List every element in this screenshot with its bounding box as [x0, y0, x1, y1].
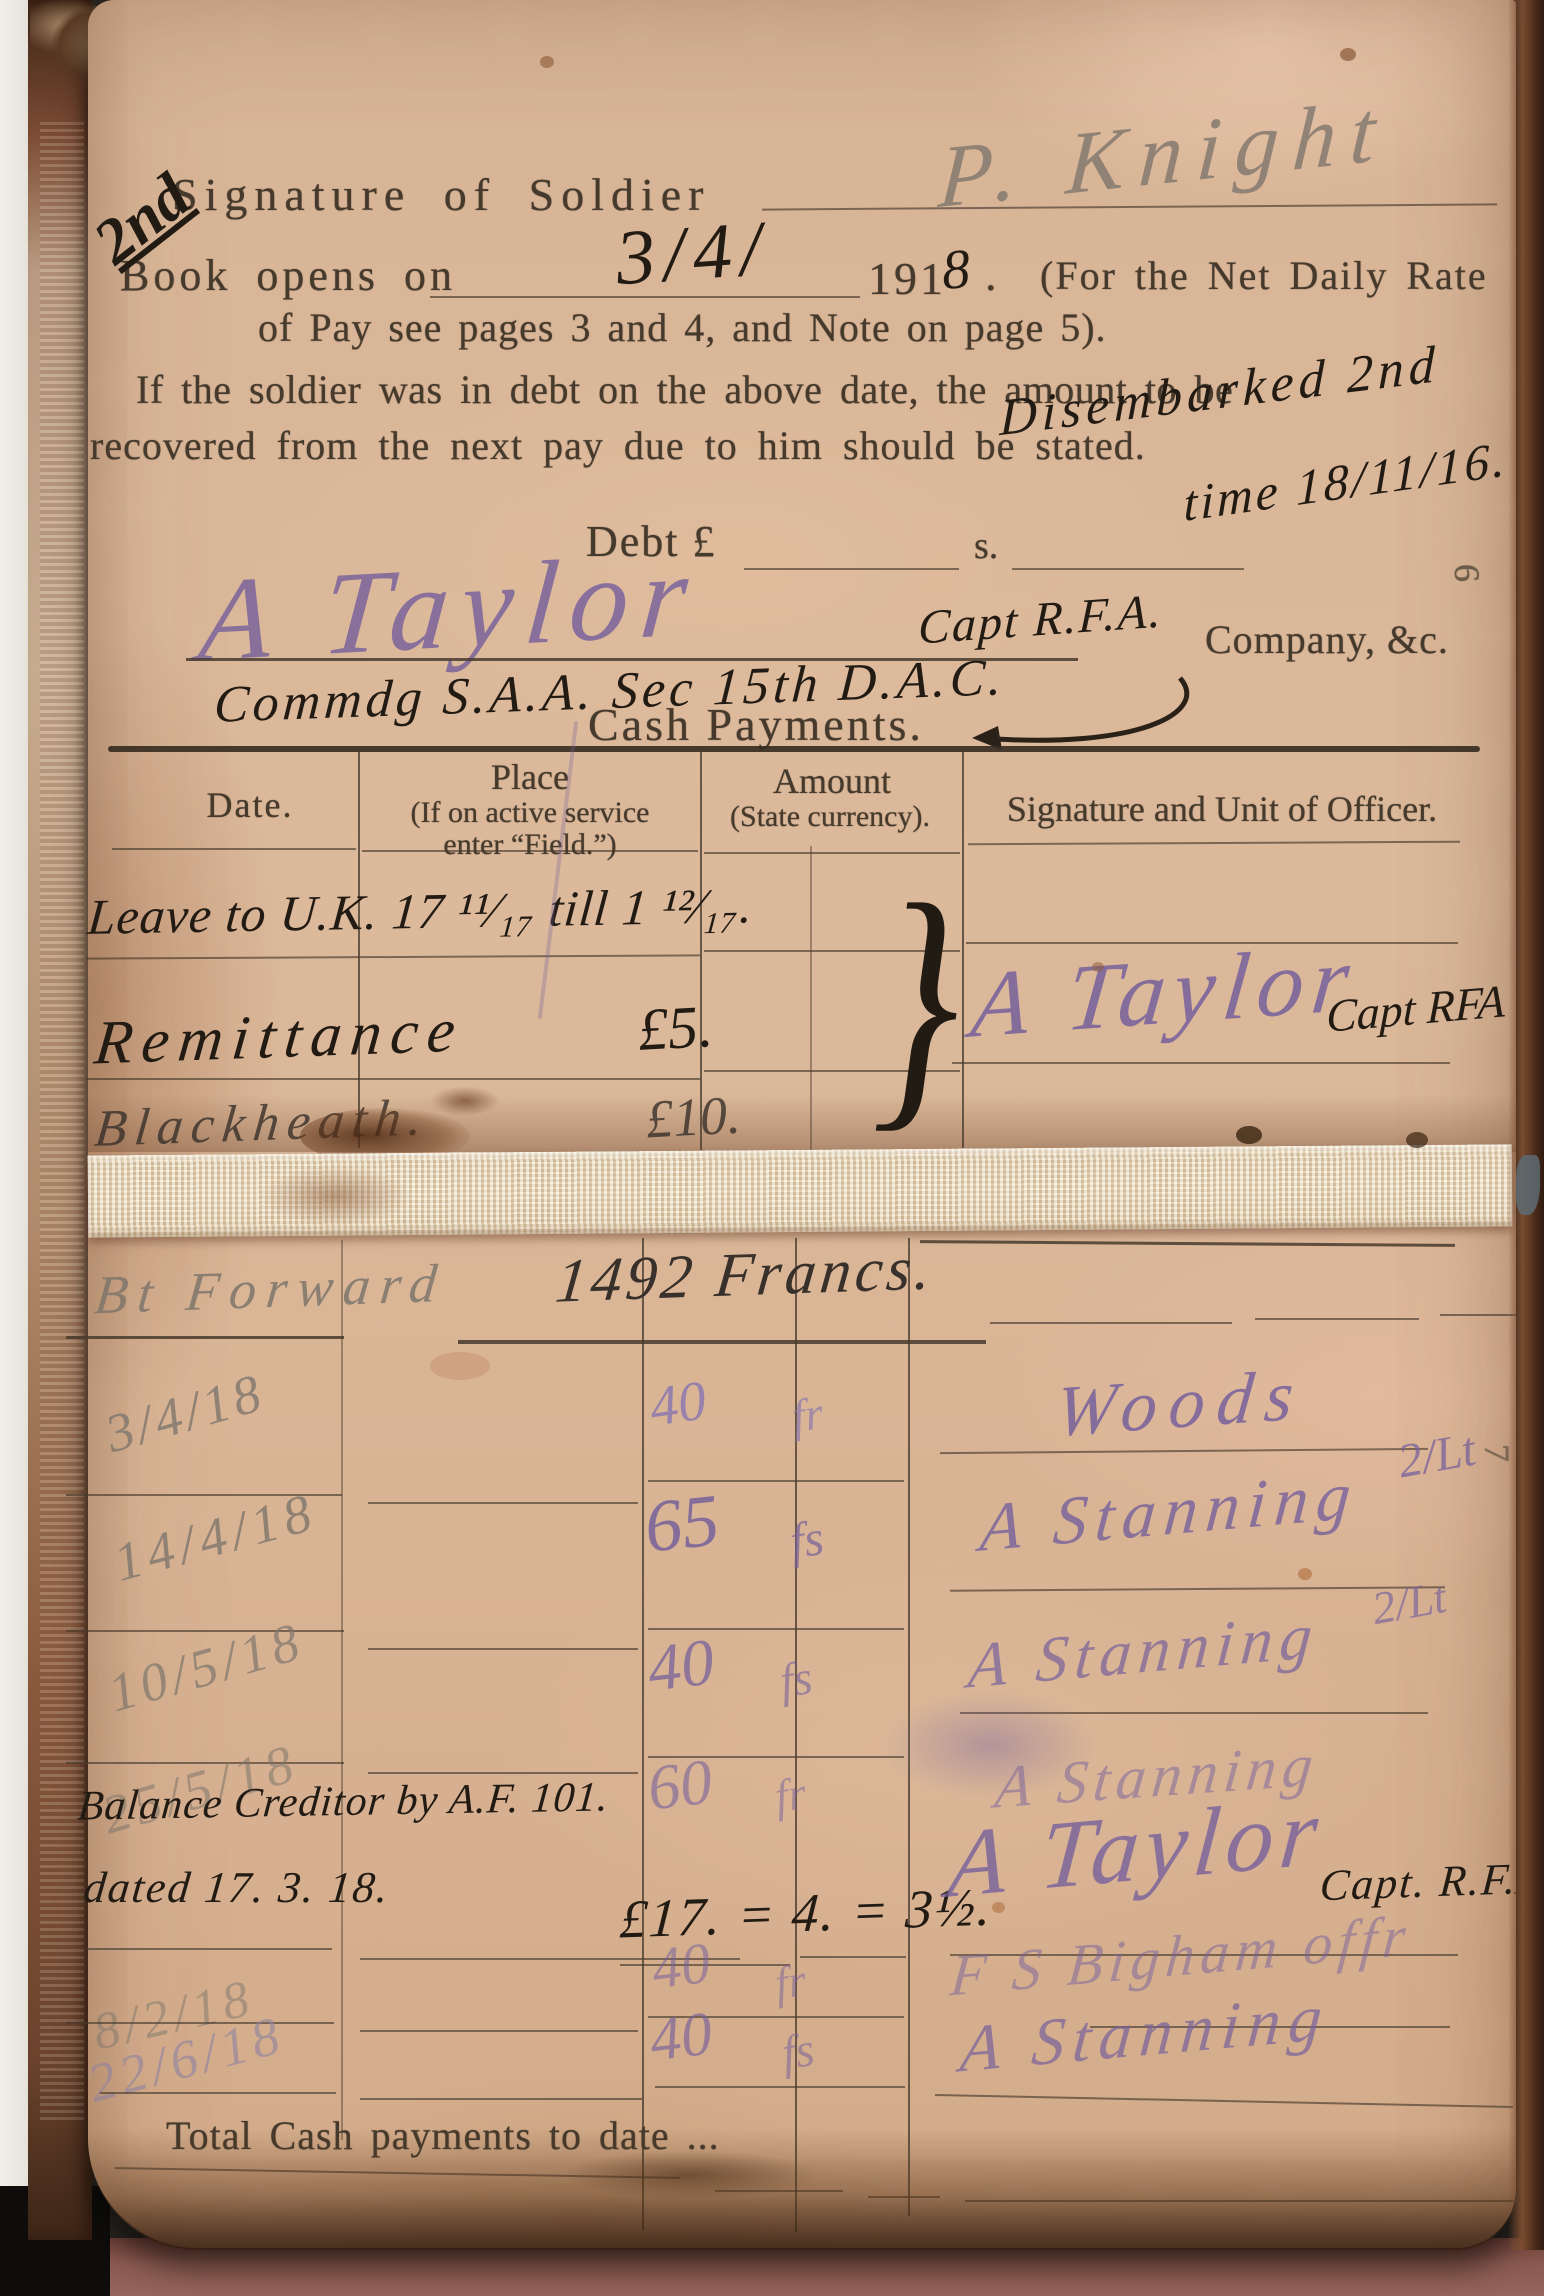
balance-line2: dated 17. 3. 18.	[81, 1862, 392, 1913]
upper-header-place-2: (If on active service	[368, 796, 692, 830]
year-last-digit-handwritten: 8	[940, 237, 972, 303]
row1-amount-value: 40	[646, 1368, 710, 1439]
shillings-label: s.	[974, 524, 998, 568]
foxing-spot-1	[540, 56, 554, 68]
ink-spot-cloth-1	[1236, 1126, 1262, 1144]
stain-below-cloth	[260, 1166, 410, 1226]
bf-line-b	[458, 1340, 986, 1344]
upper-header-place-1: Place	[380, 756, 680, 798]
debt-shillings-rule	[1012, 568, 1244, 570]
row6-line-place	[360, 2098, 642, 2100]
bf-line-d	[1255, 1318, 1419, 1320]
row3-amount-value: 40	[644, 1624, 719, 1707]
purple-smudge	[880, 1690, 1100, 1800]
upper-header-signature: Signature and Unit of Officer.	[972, 788, 1472, 830]
lower-col-line-1	[341, 1240, 343, 2140]
row2-amount-value: 65	[641, 1478, 723, 1570]
lower-col-line-3	[795, 1238, 797, 2232]
paybook-scan: Signature of Soldier Book opens on 191 8…	[0, 0, 1544, 2296]
page-number-6: 6	[1446, 564, 1488, 582]
upper-row2-line-sig	[952, 1062, 1450, 1064]
foxing-spot-4	[1298, 1568, 1312, 1580]
upper-row-remittance-amount: £5.	[636, 992, 715, 1065]
page-right-leather-edge	[1508, 0, 1544, 2250]
burn-stain-small	[430, 1086, 500, 1116]
row2-line-place	[368, 1648, 638, 1650]
book-open-date-handwritten: 3/4/	[613, 203, 772, 303]
upper-header-date: Date.	[150, 784, 350, 826]
brace-mark: }	[872, 842, 958, 1159]
row1-line-place	[368, 1502, 638, 1504]
foxing-spot-3	[1092, 962, 1104, 972]
upper-header-amount-1: Amount	[712, 760, 952, 802]
year-period: .	[985, 248, 997, 301]
debt-pounds-rule	[744, 568, 959, 570]
balance-line-date	[86, 1948, 332, 1950]
upper-amount-subline	[810, 846, 812, 1150]
blue-edge-mark	[1516, 1155, 1540, 1215]
foxing-spot-6	[430, 1352, 490, 1380]
brought-forward-label: Bt Forward	[92, 1252, 450, 1327]
net-rate-note-line1: (For the Net Daily Rate	[1040, 252, 1488, 299]
foxing-spot-2	[1340, 48, 1356, 61]
balance-line1: Balance Creditor by A.F. 101.	[76, 1773, 611, 1830]
row2-line-date	[66, 1630, 344, 1632]
lower-col-line-2	[642, 1238, 644, 2230]
upper-row2-line-left	[86, 1078, 700, 1080]
row5-amount-value: 40	[648, 1929, 714, 2003]
upper-row-remittance-entry: Remittance	[91, 995, 467, 1079]
book-opens-label: Book opens on	[120, 250, 456, 301]
table-top-rule	[108, 746, 1480, 752]
row6-line-amt	[655, 2086, 905, 2088]
balance-line-amt2	[800, 1956, 906, 1958]
upper-header-amount-2: (State currency).	[702, 800, 958, 834]
bf-line-e	[1440, 1314, 1516, 1316]
upper-col-line-1	[358, 750, 360, 1148]
upper-row-blackheath-amount: £10.	[644, 1084, 742, 1151]
page-bottom-worn-edge	[88, 2128, 1516, 2250]
ink-spot-cloth-2	[1406, 1132, 1428, 1148]
bf-line-a	[66, 1336, 344, 1339]
upper-header-underline-b	[362, 850, 698, 852]
upper-header-underline-a	[112, 848, 356, 850]
year-printed: 191	[868, 252, 946, 305]
company-label: Company, &c.	[1205, 616, 1449, 663]
upper-row-leave-entry: Leave to U.K. 17 ¹¹⁄₁₇ till 1 ¹²⁄₁₇.	[86, 876, 756, 946]
bf-line-c	[990, 1322, 1232, 1324]
row4-amount-value: 60	[644, 1744, 717, 1825]
brought-forward-amount: 1492 Francs.	[552, 1233, 938, 1318]
row6-amount-value: 40	[646, 1998, 716, 2076]
row6-line-date	[100, 2092, 336, 2094]
row5-line-place	[360, 2030, 638, 2032]
debt-paragraph-line2: recovered from the next pay due to him s…	[90, 422, 1146, 469]
net-rate-note-line2: of Pay see pages 3 and 4, and Note on pa…	[258, 304, 1107, 351]
cash-payments-title: Cash Payments.	[588, 698, 924, 751]
foxing-spot-5	[992, 1902, 1005, 1913]
upper-header-place-3: enter “Field.”)	[368, 828, 692, 862]
upper-col-line-3	[962, 750, 964, 1148]
